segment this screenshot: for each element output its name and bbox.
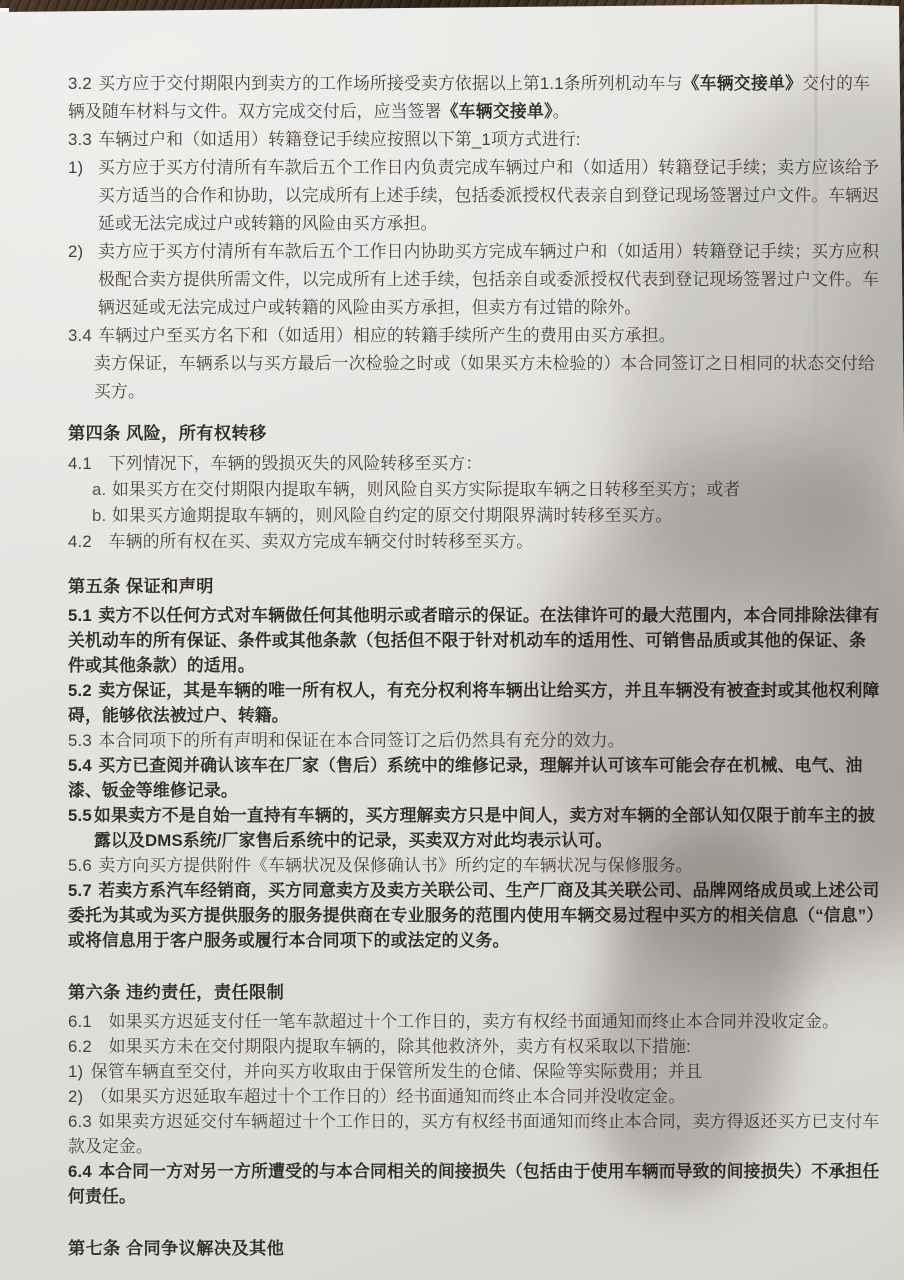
clause-number: 6.2 — [68, 1037, 92, 1056]
photo-scene: 3.2买方应于交付期限内到卖方的工作场所接受卖方依据以上第1.1条所列机动车与《… — [0, 0, 904, 1280]
text-segment: 卖方保证，车辆系以与买方最后一次检验之时或（如果买方未检验的）本合同签订之日相同… — [94, 354, 875, 401]
clause-paragraph: 5.3本合同项下的所有声明和保证在本合同签订之后仍然具有充分的效力。 — [68, 728, 880, 753]
clause-paragraph: 卖方保证，车辆系以与买方最后一次检验之时或（如果买方未检验的）本合同签订之日相同… — [94, 350, 880, 406]
text-segment: 本合同一方对另一方所遭受的与本合同相关的间接损失（包括由于使用车辆而导致的间接损… — [68, 1162, 879, 1206]
contract-section: 3.2买方应于交付期限内到卖方的工作场所接受卖方依据以上第1.1条所列机动车与《… — [68, 70, 880, 406]
clause-paragraph: 5.6卖方向买方提供附件《车辆状况及保修确认书》所约定的车辆状况与保修服务。 — [68, 853, 880, 878]
text-segment: 本合同项下的所有声明和保证在本合同签订之后仍然具有充分的效力。 — [98, 731, 624, 750]
text-segment: 卖方向买方提供附件《车辆状况及保修确认书》所约定的车辆状况与保修服务。 — [98, 856, 692, 875]
contract-section: 第七条 合同争议解决及其他 — [68, 1235, 880, 1261]
text-segment: 《车辆交接单》 — [683, 74, 803, 93]
text-segment: 保管车辆直至交付，并向买方收取由于保管所发生的仓储、保险等实际费用；并且 — [91, 1062, 702, 1081]
clause-number: 5.3 — [68, 731, 92, 750]
section-heading: 第四条 风险，所有权转移 — [68, 420, 880, 446]
section-heading: 第六条 违约责任，责任限制 — [68, 979, 880, 1005]
list-item: 1)买方应于买方付清所有车款后五个工作日内负责完成车辆过户和（如适用）转籍登记手… — [68, 154, 880, 238]
clause-number: 2) — [68, 238, 98, 266]
text-segment: （如果买方迟延取车超过十个工作日的）经书面通知而终止本合同并没收定金。 — [91, 1087, 685, 1106]
text-segment: 如果买方迟延支付任一笔车款超过十个工作日的，卖方有权经书面通知而终止本合同并没收… — [109, 1012, 839, 1031]
clause-paragraph: 5.5如果卖方不是自始一直持有车辆的，买方理解卖方只是中间人，卖方对车辆的全部认… — [68, 803, 880, 853]
clause-number: 3.2 — [68, 74, 92, 93]
clause-paragraph: b.如果买方逾期提取车辆的，则风险自约定的原交付期限界满时转移至买方。 — [92, 503, 880, 529]
clause-number: 4.2 — [68, 532, 92, 551]
text-segment: 车辆过户和（如适用）转籍登记手续应按照以下第_1项方式进行: — [98, 130, 580, 149]
clause-number: 3.4 — [68, 326, 92, 345]
text-segment: 如果卖方不是自始一直持有车辆的，买方理解卖方只是中间人，卖方对车辆的全部认知仅限… — [94, 806, 875, 850]
clause-number: 1) — [68, 1062, 83, 1081]
clause-paragraph: 3.2买方应于交付期限内到卖方的工作场所接受卖方依据以上第1.1条所列机动车与《… — [68, 70, 880, 126]
clause-number: a. — [92, 477, 112, 503]
text-segment: 如果买方未在交付期限内提取车辆的，除其他救济外，卖方有权采取以下措施: — [109, 1037, 691, 1056]
clause-number: 5.1 — [68, 606, 92, 625]
clause-paragraph: 4.1下列情况下，车辆的毁损灭失的风险转移至买方： — [68, 451, 880, 477]
clause-paragraph: 5.2卖方保证，其是车辆的唯一所有权人，有充分权利将车辆出让给买方，并且车辆没有… — [68, 678, 880, 728]
text-segment: 。 — [553, 102, 570, 121]
text-segment: 买方已查阅并确认该车在厂家（售后）系统中的维修记录，理解并认可该车可能会存在机械… — [68, 756, 862, 800]
clause-paragraph: 5.1卖方不以任何方式对车辆做任何其他明示或者暗示的保证。在法律许可的最大范围内… — [68, 603, 880, 678]
clause-number: 5.2 — [68, 681, 92, 700]
contract-section: 第五条 保证和声明5.1卖方不以任何方式对车辆做任何其他明示或者暗示的保证。在法… — [68, 573, 880, 953]
text-segment: 《车辆交接单》 — [442, 102, 553, 121]
text-segment: 若卖方系汽车经销商，买方同意卖方及卖方关联公司、生产厂商及其关联公司、品牌网络成… — [68, 881, 879, 950]
clause-number: 6.1 — [68, 1012, 92, 1031]
clause-paragraph: 6.1如果买方迟延支付任一笔车款超过十个工作日的，卖方有权经书面通知而终止本合同… — [68, 1009, 880, 1034]
text-segment: 如果卖方迟延交付车辆超过十个工作日的，买方有权经书面通知而终止本合同，卖方得返还… — [68, 1112, 879, 1156]
clause-paragraph: a.如果买方在交付期限内提取车辆，则风险自买方实际提取车辆之日转移至买方；或者 — [92, 477, 880, 503]
clause-paragraph: 3.4车辆过户至买方名下和（如适用）相应的转籍手续所产生的费用由买方承担。 — [68, 322, 880, 350]
list-item: 2)卖方应于买方付清所有车款后五个工作日内协助买方完成车辆过户和（如适用）转籍登… — [68, 238, 880, 322]
text-segment: 车辆过户至买方名下和（如适用）相应的转籍手续所产生的费用由买方承担。 — [98, 326, 675, 345]
clause-paragraph: 5.4买方已查阅并确认该车在厂家（售后）系统中的维修记录，理解并认可该车可能会存… — [68, 753, 880, 803]
text-segment: 卖方不以任何方式对车辆做任何其他明示或者暗示的保证。在法律许可的最大范围内，本合… — [68, 606, 879, 675]
text-segment: 卖方应于买方付清所有车款后五个工作日内协助买方完成车辆过户和（如适用）转籍登记手… — [98, 242, 879, 317]
contract-section: 第六条 违约责任，责任限制6.1如果买方迟延支付任一笔车款超过十个工作日的，卖方… — [68, 979, 880, 1209]
text-segment: 下列情况下，车辆的毁损灭失的风险转移至买方： — [109, 454, 483, 473]
clause-number: 6.4 — [68, 1162, 92, 1181]
contract-text: 3.2买方应于交付期限内到卖方的工作场所接受卖方依据以上第1.1条所列机动车与《… — [68, 70, 880, 1261]
section-heading: 第五条 保证和声明 — [68, 573, 880, 599]
contract-section: 第四条 风险，所有权转移4.1下列情况下，车辆的毁损灭失的风险转移至买方：a.如… — [68, 420, 880, 555]
text-segment: 买方应于交付期限内到卖方的工作场所接受卖方依据以上第1.1条所列机动车与 — [98, 74, 682, 93]
section-heading: 第七条 合同争议解决及其他 — [68, 1235, 880, 1261]
text-segment: 如果买方在交付期限内提取车辆，则风险自买方实际提取车辆之日转移至买方；或者 — [112, 480, 740, 499]
clause-number: 5.6 — [68, 856, 92, 875]
clause-number: 5.5 — [68, 803, 94, 828]
clause-number: 6.3 — [68, 1112, 92, 1131]
clause-number: 5.7 — [68, 881, 92, 900]
clause-number: 3.3 — [68, 130, 92, 149]
text-segment: 如果买方逾期提取车辆的，则风险自约定的原交付期限界满时转移至买方。 — [112, 506, 672, 525]
clause-number: 2) — [68, 1087, 83, 1106]
clause-paragraph: 6.4本合同一方对另一方所遭受的与本合同相关的间接损失（包括由于使用车辆而导致的… — [68, 1159, 880, 1209]
text-segment: 买方应于买方付清所有车款后五个工作日内负责完成车辆过户和（如适用）转籍登记手续；… — [98, 158, 879, 233]
clause-number: 5.4 — [68, 756, 92, 775]
list-item: 2)（如果买方迟延取车超过十个工作日的）经书面通知而终止本合同并没收定金。 — [68, 1084, 880, 1109]
clause-paragraph: 3.3车辆过户和（如适用）转籍登记手续应按照以下第_1项方式进行: — [68, 126, 880, 154]
clause-paragraph: 4.2车辆的所有权在买、卖双方完成车辆交付时转移至买方。 — [68, 529, 880, 555]
text-segment: 车辆的所有权在买、卖双方完成车辆交付时转移至买方。 — [109, 532, 534, 551]
clause-paragraph: 6.3如果卖方迟延交付车辆超过十个工作日的，买方有权经书面通知而终止本合同，卖方… — [68, 1109, 880, 1159]
clause-number: 4.1 — [68, 454, 92, 473]
paper-sheet: 3.2买方应于交付期限内到卖方的工作场所接受卖方依据以上第1.1条所列机动车与《… — [0, 0, 904, 1280]
clause-paragraph: 6.2如果买方未在交付期限内提取车辆的，除其他救济外，卖方有权采取以下措施: — [68, 1034, 880, 1059]
clause-paragraph: 5.7若卖方系汽车经销商，买方同意卖方及卖方关联公司、生产厂商及其关联公司、品牌… — [68, 878, 880, 953]
text-segment: 卖方保证，其是车辆的唯一所有权人，有充分权利将车辆出让给买方，并且车辆没有被查封… — [68, 681, 879, 725]
list-item: 1)保管车辆直至交付，并向买方收取由于保管所发生的仓储、保险等实际费用；并且 — [68, 1059, 880, 1084]
clause-number: 1) — [68, 154, 98, 182]
clause-number: b. — [92, 503, 112, 529]
